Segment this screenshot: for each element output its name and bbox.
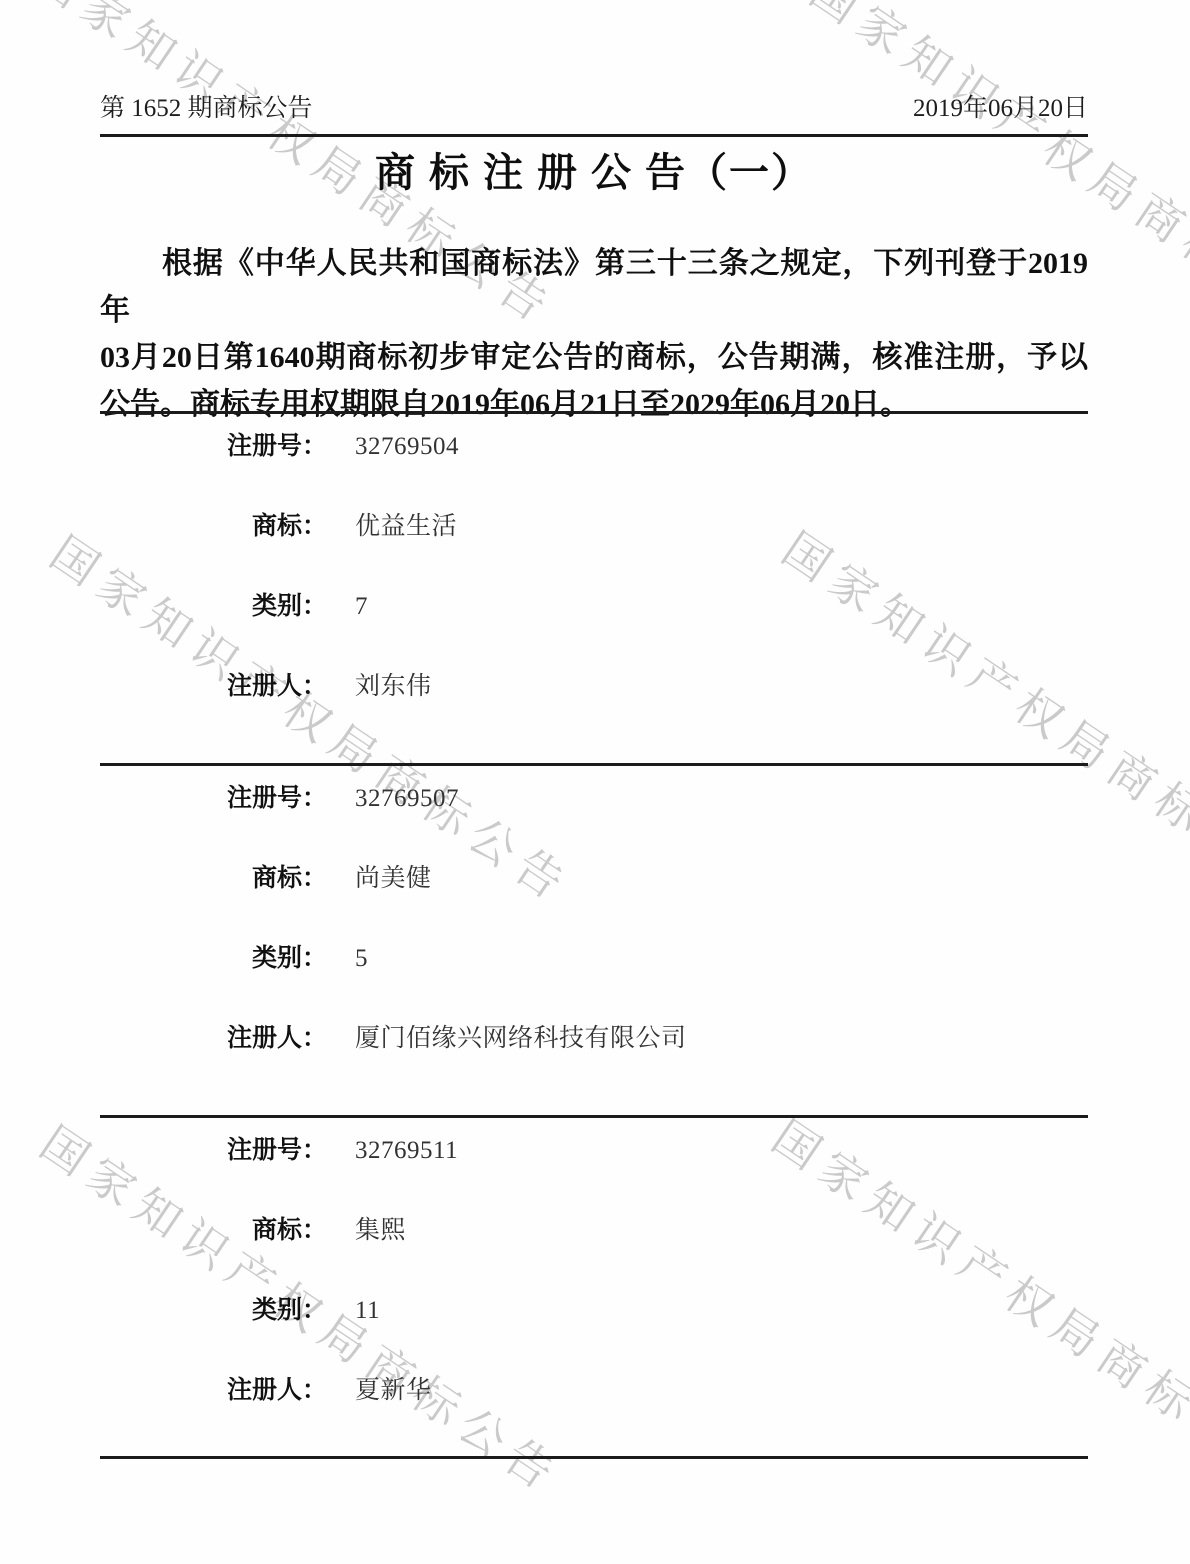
row-mark: 商标： 集熙 <box>100 1218 1088 1298</box>
mark-label: 商标： <box>100 514 327 540</box>
preamble-line: 03月20日第1640期商标初步审定公告的商标，公告期满，核准注册，予以 <box>100 334 1088 381</box>
row-class: 类别： 7 <box>100 594 1088 674</box>
page-content: 第 1652 期商标公告 2019年06月20日 商 标 注 册 公 告（一） … <box>100 0 1088 1564</box>
row-reg-no: 注册号： 32769507 <box>100 786 1088 866</box>
class-value: 5 <box>355 946 368 972</box>
page-title: 商 标 注 册 公 告（一） <box>100 150 1088 196</box>
trademark-entry: 注册号： 32769511 商标： 集熙 类别： 11 注册人： 夏新华 <box>100 1115 1088 1456</box>
trademark-entry: 注册号： 32769507 商标： 尚美健 类别： 5 注册人： 厦门佰缘兴网络… <box>100 763 1088 1115</box>
mark-label: 商标： <box>100 866 327 892</box>
reg-no-value: 32769507 <box>355 786 459 812</box>
header-date: 2019年06月20日 <box>913 95 1088 123</box>
header-divider <box>100 134 1088 137</box>
row-mark: 商标： 优益生活 <box>100 514 1088 594</box>
issue-number: 第 1652 期商标公告 <box>100 95 313 123</box>
reg-no-label: 注册号： <box>100 434 327 460</box>
registrant-label: 注册人： <box>100 1378 327 1404</box>
reg-no-label: 注册号： <box>100 786 327 812</box>
mark-value: 尚美健 <box>355 866 432 892</box>
mark-value: 集熙 <box>355 1218 406 1244</box>
closing-divider <box>100 1456 1088 1459</box>
registrant-label: 注册人： <box>100 674 327 700</box>
row-class: 类别： 5 <box>100 946 1088 1026</box>
preamble-line: 根据《中华人民共和国商标法》第三十三条之规定，下列刊登于2019年 <box>100 240 1088 334</box>
row-reg-no: 注册号： 32769504 <box>100 434 1088 514</box>
entries-section: 注册号： 32769504 商标： 优益生活 类别： 7 注册人： 刘东伟 <box>100 411 1088 1459</box>
reg-no-value: 32769511 <box>355 1138 458 1164</box>
trademark-entry: 注册号： 32769504 商标： 优益生活 类别： 7 注册人： 刘东伟 <box>100 411 1088 763</box>
class-value: 7 <box>355 594 368 620</box>
mark-label: 商标： <box>100 1218 327 1244</box>
class-label: 类别： <box>100 946 327 972</box>
page-header: 第 1652 期商标公告 2019年06月20日 <box>100 95 1088 123</box>
row-mark: 商标： 尚美健 <box>100 866 1088 946</box>
preamble-paragraph: 根据《中华人民共和国商标法》第三十三条之规定，下列刊登于2019年 03月20日… <box>100 240 1088 428</box>
class-value: 11 <box>355 1298 380 1324</box>
class-label: 类别： <box>100 594 327 620</box>
registrant-value: 夏新华 <box>355 1378 432 1404</box>
registrant-value: 厦门佰缘兴网络科技有限公司 <box>355 1026 687 1052</box>
row-class: 类别： 11 <box>100 1298 1088 1378</box>
registrant-value: 刘东伟 <box>355 674 432 700</box>
row-registrant: 注册人： 刘东伟 <box>100 674 1088 754</box>
mark-value: 优益生活 <box>355 514 457 540</box>
registrant-label: 注册人： <box>100 1026 327 1052</box>
row-registrant: 注册人： 厦门佰缘兴网络科技有限公司 <box>100 1026 1088 1106</box>
reg-no-value: 32769504 <box>355 434 459 460</box>
gazette-page: 国家知识产权局商标公告 国家知识产权局商标公告 国家知识产权局商标公告 国家知识… <box>0 0 1190 1564</box>
class-label: 类别： <box>100 1298 327 1324</box>
row-reg-no: 注册号： 32769511 <box>100 1138 1088 1218</box>
reg-no-label: 注册号： <box>100 1138 327 1164</box>
row-registrant: 注册人： 夏新华 <box>100 1378 1088 1458</box>
